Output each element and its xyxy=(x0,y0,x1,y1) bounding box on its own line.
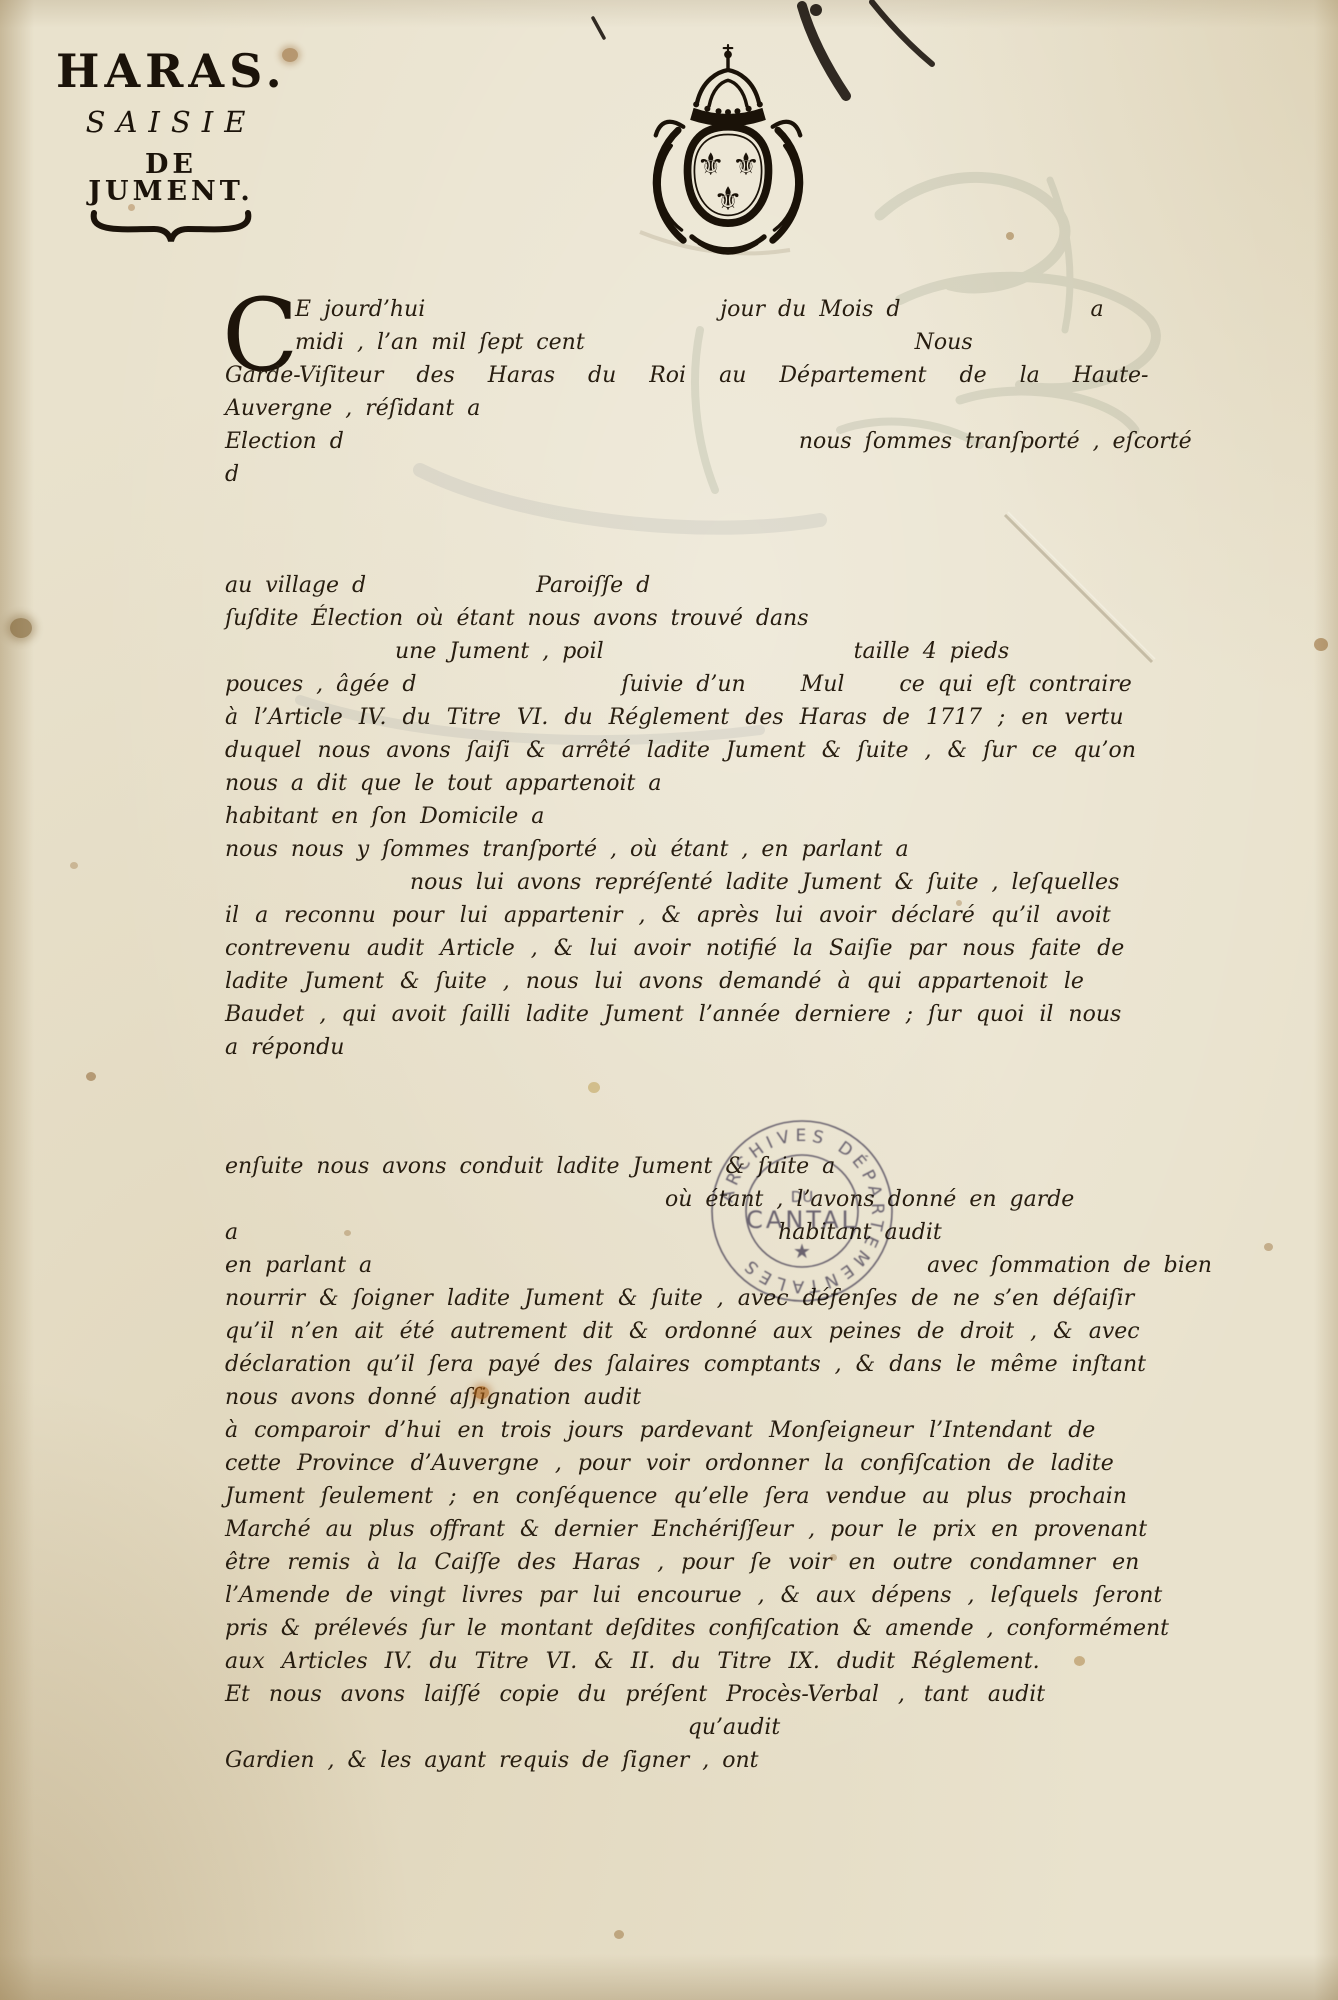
stain xyxy=(70,862,78,869)
crown-icon xyxy=(690,45,766,126)
text-segment: pris & prélevés ſur le montant deſdites … xyxy=(225,1616,1169,1641)
text-segment: déclaration qu’il ſera payé des ſalaires… xyxy=(225,1352,1146,1377)
text-segment: Mul xyxy=(801,672,845,697)
archive-stamp: ARCHIVES DÉPARTEMENTALES DU CANTAL ★ xyxy=(697,1106,907,1316)
text-segment: Jument ſeulement ; en conſéquence qu’ell… xyxy=(225,1484,1127,1509)
form-line: nous nous y ſommes tranſporté , où étant… xyxy=(225,833,1243,866)
text-segment: Garde-Viſiteur des Haras du Roi au Dépar… xyxy=(225,363,1149,388)
form-line: il a reconnu pour lui appartenir , & apr… xyxy=(225,899,1243,932)
fleur-de-lis-icon: ⚜ xyxy=(713,180,742,218)
text-segment: à l’Article IV. du Titre VI. du Réglemen… xyxy=(225,705,1124,730)
text-segment: ſuſdite Élection où étant nous avons tro… xyxy=(225,606,809,631)
text-segment: jour du Mois d xyxy=(720,297,900,322)
form-line: Marché au plus offrant & dernier Enchéri… xyxy=(225,1513,1243,1546)
text-segment: Marché au plus offrant & dernier Enchéri… xyxy=(225,1517,1147,1542)
text-segment: être remis à la Caiſſe des Haras , pour … xyxy=(225,1550,1139,1575)
form-line: a répondu xyxy=(225,1031,1243,1064)
text-segment: avec ſommation de bien xyxy=(927,1253,1212,1278)
form-line: E jourd’huijour du Mois da xyxy=(225,293,1243,326)
form-line: qu’audit xyxy=(225,1711,1243,1744)
form-line: cette Province d’Auvergne , pour voir or… xyxy=(225,1447,1243,1480)
form-line: qu’il n’en ait été autrement dit & ordon… xyxy=(225,1315,1243,1348)
form-line: au village dParoiſſe d xyxy=(225,569,1243,602)
text-segment: d xyxy=(225,462,239,487)
stain xyxy=(614,1930,624,1939)
form-line: Election dnous ſommes tranſporté , eſcor… xyxy=(225,425,1243,458)
text-segment: E jourd’hui xyxy=(295,297,425,322)
text-segment: Auvergne , réſidant a xyxy=(225,396,480,421)
form-line: l’Amende de vingt livres par lui encouru… xyxy=(225,1579,1243,1612)
text-segment: a xyxy=(225,1220,238,1245)
stain xyxy=(86,1072,96,1081)
flourish-left xyxy=(656,122,684,241)
form-line: nous avons donné aſſignation audit xyxy=(225,1381,1243,1414)
text-segment: à comparoir d’hui en trois jours pardeva… xyxy=(225,1418,1095,1443)
form-line: une Jument , poiltaille 4 pieds xyxy=(225,635,1243,668)
masthead-subtitle2: DE JUMENT. xyxy=(56,151,286,205)
form-line: être remis à la Caiſſe des Haras , pour … xyxy=(225,1546,1243,1579)
form-line: ladite Jument & ſuite , nous lui avons d… xyxy=(225,965,1243,998)
text-segment: ſuivie d’un xyxy=(621,672,745,697)
form-line: midi , l’an mil ſept centNous xyxy=(225,326,1243,359)
fleur-de-lis-icon: ⚜ xyxy=(732,147,760,183)
ink-stroke xyxy=(593,18,604,38)
text-segment: nous a dit que le tout appartenoit a xyxy=(225,771,662,796)
text-segment: contrevenu audit Article , & lui avoir n… xyxy=(225,936,1124,961)
text-segment: a xyxy=(1090,297,1103,322)
text-segment: qu’il n’en ait été autrement dit & ordon… xyxy=(225,1319,1140,1344)
masthead-title: HARAS. xyxy=(56,48,286,94)
form-line: Auvergne , réſidant a xyxy=(225,392,1243,425)
text-segment: Paroiſſe d xyxy=(536,573,650,598)
form-line: à l’Article IV. du Titre VI. du Réglemen… xyxy=(225,701,1243,734)
document-page: HARAS. SAISIE DE JUMENT. xyxy=(0,0,1338,2000)
flourish-right xyxy=(773,122,801,241)
text-segment: nous nous y ſommes tranſporté , où étant… xyxy=(225,837,909,862)
text-segment: ladite Jument & ſuite , nous lui avons d… xyxy=(225,969,1084,994)
text-segment: Gardien , & les ayant requis de ſigner ,… xyxy=(225,1748,758,1773)
text-segment: pouces , âgée d xyxy=(225,672,416,697)
form-line: pris & prélevés ſur le montant deſdites … xyxy=(225,1612,1243,1645)
royal-crest: ⚜ ⚜ ⚜ xyxy=(642,44,814,262)
document-body: E jourd’huijour du Mois damidi , l’an mi… xyxy=(225,293,1243,1777)
stain xyxy=(10,618,32,638)
form-line: Baudet , qui avoit ſailli ladite Jument … xyxy=(225,998,1243,1031)
form-line: d xyxy=(225,458,1243,491)
text-segment: l’Amende de vingt livres par lui encouru… xyxy=(225,1583,1162,1608)
ink-stroke xyxy=(872,2,932,64)
form-line: duquel nous avons ſaiſi & arrêté ladite … xyxy=(225,734,1243,767)
text-segment: nous ſommes tranſporté , eſcorté xyxy=(799,429,1192,454)
form-line: aux Articles IV. du Titre VI. & II. du T… xyxy=(225,1645,1243,1678)
stamp-center-du: DU xyxy=(791,1188,814,1206)
fleur-de-lis-icon: ⚜ xyxy=(697,147,725,183)
masthead-subtitle: SAISIE xyxy=(56,108,286,137)
text-segment: nous avons donné aſſignation audit xyxy=(225,1385,641,1410)
form-line: Garde-Viſiteur des Haras du Roi au Dépar… xyxy=(225,359,1243,392)
text-segment: a répondu xyxy=(225,1035,344,1060)
text-segment: Election d xyxy=(225,429,344,454)
text-segment: ce qui eſt contraire xyxy=(899,672,1131,697)
form-line: contrevenu audit Article , & lui avoir n… xyxy=(225,932,1243,965)
stain xyxy=(1006,232,1014,240)
form-line: nous a dit que le tout appartenoit a xyxy=(225,767,1243,800)
text-segment: Nous xyxy=(915,330,973,355)
form-line: pouces , âgée dſuivie d’unMulce qui eſt … xyxy=(225,668,1243,701)
text-segment: cette Province d’Auvergne , pour voir or… xyxy=(225,1451,1114,1476)
text-segment: nourrir & ſoigner ladite Jument & ſuite … xyxy=(225,1286,1134,1311)
text-segment: Et nous avons laiſſé copie du préſent Pr… xyxy=(225,1682,1045,1707)
text-segment: au village d xyxy=(225,573,366,598)
text-segment: en parlant a xyxy=(225,1253,372,1278)
form-line: nous lui avons repréſenté ladite Jument … xyxy=(225,866,1243,899)
text-segment: duquel nous avons ſaiſi & arrêté ladite … xyxy=(225,738,1136,763)
paragraph-space xyxy=(225,491,1243,569)
stamp-star-icon: ★ xyxy=(793,1239,811,1263)
form-line: habitant en ſon Domicile a xyxy=(225,800,1243,833)
flourish-bottom xyxy=(692,237,764,250)
text-segment: il a reconnu pour lui appartenir , & apr… xyxy=(225,903,1111,928)
form-line: ſuſdite Élection où étant nous avons tro… xyxy=(225,602,1243,635)
stain xyxy=(1264,1243,1273,1251)
brace-ornament xyxy=(86,207,256,247)
stain xyxy=(1314,638,1328,651)
stamp-center-cantal: CANTAL xyxy=(746,1206,858,1234)
text-segment: habitant en ſon Domicile a xyxy=(225,804,544,829)
form-line: déclaration qu’il ſera payé des ſalaires… xyxy=(225,1348,1243,1381)
text-segment: aux Articles IV. du Titre VI. & II. du T… xyxy=(225,1649,1040,1674)
text-segment: nous lui avons repréſenté ladite Jument … xyxy=(410,870,1119,895)
form-line: Gardien , & les ayant requis de ſigner ,… xyxy=(225,1744,1243,1777)
text-segment: qu’audit xyxy=(688,1715,781,1740)
masthead: HARAS. SAISIE DE JUMENT. xyxy=(56,48,286,247)
form-line: Jument ſeulement ; en conſéquence qu’ell… xyxy=(225,1480,1243,1513)
text-segment: taille 4 pieds xyxy=(854,639,1010,664)
form-line: à comparoir d’hui en trois jours pardeva… xyxy=(225,1414,1243,1447)
text-segment: midi , l’an mil ſept cent xyxy=(295,330,585,355)
form-line: Et nous avons laiſſé copie du préſent Pr… xyxy=(225,1678,1243,1711)
text-segment: Baudet , qui avoit ſailli ladite Jument … xyxy=(225,1002,1121,1027)
text-segment: une Jument , poil xyxy=(395,639,604,664)
